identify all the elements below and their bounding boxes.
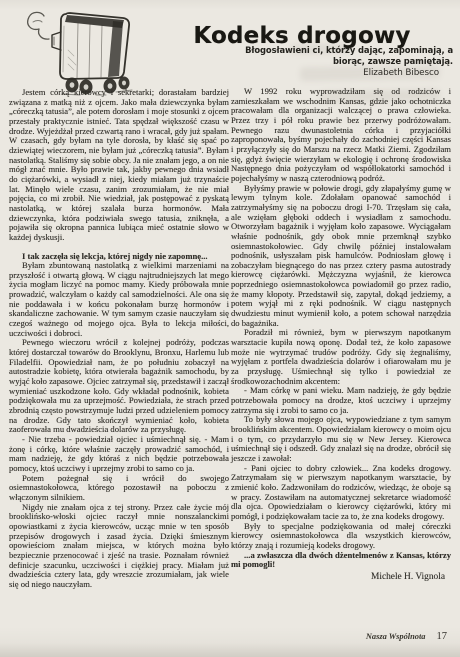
article-column-right: W 1992 roku wyprowadziłam się od rodzicó…: [231, 87, 451, 582]
body-paragraph: - Mam córkę w pani wieku. Mam nadzieję, …: [231, 386, 451, 415]
epigraph-text: Błogosławieni ci, którzy dając, zapomina…: [245, 45, 453, 66]
journal-name: Nasza Wspólnota: [366, 632, 426, 641]
epigraph-attribution: Elizabeth Bibesco: [231, 68, 453, 79]
body-paragraph: Poradził mi również, bym w pierwszym nap…: [231, 328, 451, 386]
page-footer: Nasza Wspólnota 17: [366, 626, 447, 644]
body-paragraph: ...a zwłaszcza dla dwóch dżentelmenów z …: [231, 551, 451, 570]
body-paragraph: Jestem córką kierowcy i sekretarki; dora…: [9, 88, 229, 243]
body-paragraph: - Pani ojciec to dobry człowiek... Zna k…: [231, 464, 451, 522]
page-number: 17: [437, 631, 448, 642]
magazine-page: Kodeks drogowy Błogosławieni ci, którzy …: [0, 0, 460, 657]
body-paragraph: - Nie trzeba - powiedział ojciec i uśmie…: [9, 435, 229, 474]
body-paragraph: Byłyśmy prawie w połowie drogi, gdy złap…: [231, 184, 451, 329]
body-paragraph: Były to specjalne podziękowania od małej…: [231, 522, 451, 551]
body-paragraph: Potem pożegnał się i wrócił do swojego o…: [9, 474, 229, 503]
body-paragraph: To były słowa mojego ojca, wypowiedziane…: [231, 415, 451, 463]
body-paragraph: Pewnego wieczoru wrócił z kolejnej podró…: [9, 338, 229, 435]
epigraph: Błogosławieni ci, którzy dając, zapomina…: [231, 45, 453, 79]
truck-sketch-icon: [16, 2, 154, 98]
body-paragraph: Byłam zbuntowaną nastolatką z wielkimi m…: [9, 261, 229, 338]
body-paragraph: W 1992 roku wyprowadziłam się od rodzicó…: [231, 87, 451, 184]
body-paragraph: Nigdy nie znałam ojca z tej strony. Prze…: [9, 503, 229, 590]
article-column-left: Jestem córką kierowcy i sekretarki; dora…: [9, 88, 229, 589]
author-signature: Michele H. Vignola: [231, 573, 451, 583]
